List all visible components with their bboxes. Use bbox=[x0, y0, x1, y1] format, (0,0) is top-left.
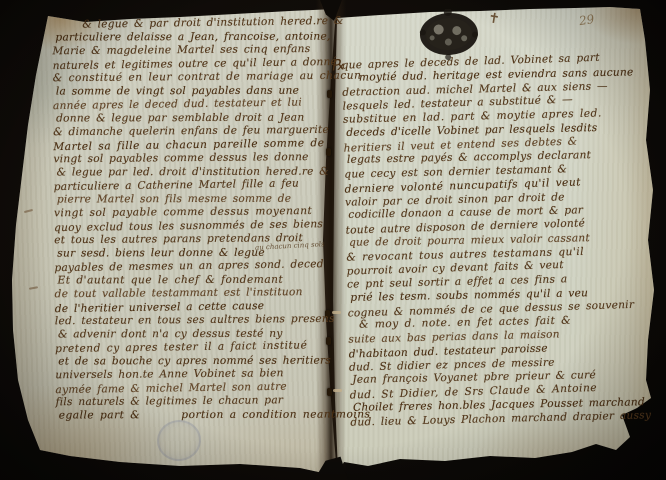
manuscript-scan: & legue & par droit d'institution hered.… bbox=[0, 0, 666, 480]
notary-cross-mark: ✝ bbox=[487, 10, 501, 28]
text-line: pierre Martel son fils mesme somme de bbox=[57, 192, 343, 206]
margin-flourish-mark: ℞ bbox=[330, 55, 345, 74]
text-line: egalle part & portion a condition neantm… bbox=[59, 408, 345, 422]
text-line: donne & legue par semblable droit a Jean bbox=[56, 111, 342, 125]
text-line: Et d'autant que le chef & fondemant bbox=[58, 273, 344, 287]
text-line: particuliere delaisse a Jean, francoise,… bbox=[55, 30, 341, 44]
folio-number: 29 bbox=[578, 12, 595, 28]
left-page-text: & legue & par droit d'institution hered.… bbox=[52, 16, 342, 423]
text-line: et de sa bouche cy apres nommé ses herit… bbox=[58, 354, 344, 368]
right-page-text: que apres le deceds de lad. Vobinet sa p… bbox=[342, 51, 651, 429]
ink-stamp-icon bbox=[417, 9, 481, 61]
